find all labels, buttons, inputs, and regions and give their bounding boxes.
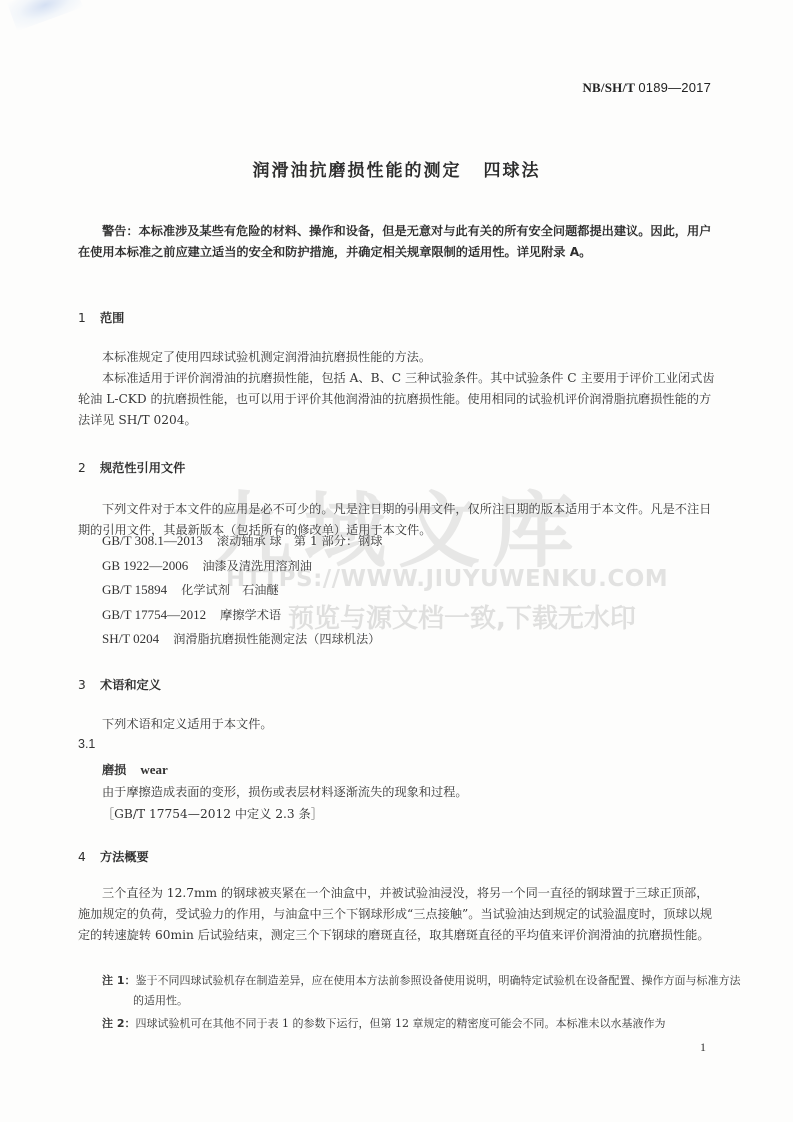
title-main: 润滑油抗磨损性能的测定 (253, 161, 462, 181)
document-title: 润滑油抗磨损性能的测定四球法 (0, 156, 793, 181)
section-4-body: 三个直径为 12.7mm 的钢球被夹紧在一个油盒中，并被试验油浸没，将另一个同一… (78, 883, 718, 946)
section-number: 2 (78, 461, 100, 475)
document-page: NB/SH/T 0189—2017 润滑油抗磨损性能的测定四球法 警告：本标准涉… (0, 0, 793, 1122)
section-3-body: 下列术语和定义适用于本文件。 (78, 714, 718, 735)
safety-warning: 警告：本标准涉及某些有危险的材料、操作和设备，但是无意对与此有关的所有安全问题都… (78, 221, 718, 263)
title-sub: 四球法 (484, 161, 541, 181)
term-source: ［GB/T 17754—2012 中定义 2.3 条］ (102, 803, 468, 825)
standard-code: NB/SH/T 0189—2017 (582, 80, 711, 96)
paragraph: 本标准规定了使用四球试验机测定润滑油抗磨损性能的方法。 (78, 347, 718, 368)
reference-code: GB/T 17754—2012 (102, 607, 206, 622)
note-label: 注 1： (102, 974, 135, 987)
note-2: 注 2：四球试验机可在其他不同于表 1 的参数下运行，但第 12 章规定的精密度… (102, 1014, 749, 1034)
reference-code: GB/T 308.1—2013 (102, 533, 203, 548)
section-title: 范围 (100, 311, 124, 325)
section-heading-4: 4方法概要 (78, 848, 149, 865)
note-1: 注 1：鉴于不同四球试验机存在制造差异，应在使用本方法前参照设备使用说明，明确特… (102, 971, 749, 1011)
reference-item: GB/T 15894化学试剂 石油醚 (102, 578, 383, 603)
note-text: 鉴于不同四球试验机存在制造差异，应在使用本方法前参照设备使用说明，明确特定试验机… (133, 974, 740, 1007)
reference-title: 化学试剂 石油醚 (181, 583, 279, 597)
section-title: 方法概要 (100, 850, 149, 864)
section-heading-3: 3术语和定义 (78, 676, 161, 693)
scan-smudge (7, 0, 83, 31)
note-label: 注 2： (102, 1017, 135, 1030)
reference-item: GB/T 308.1—2013滚动轴承 球 第 1 部分：钢球 (102, 529, 383, 554)
reference-code: GB/T 15894 (102, 582, 167, 597)
section-heading-1: 1范围 (78, 309, 124, 326)
term-en: wear (140, 762, 167, 777)
section-title: 规范性引用文件 (100, 461, 185, 475)
paragraph: 下列术语和定义适用于本文件。 (78, 714, 718, 735)
standard-code-number: 0189—2017 (638, 80, 711, 95)
section-1-body: 本标准规定了使用四球试验机测定润滑油抗磨损性能的方法。 本标准适用于评价润滑油的… (78, 347, 718, 431)
term-cn: 磨损 (102, 763, 126, 777)
term-definition: 由于摩擦造成表面的变形，损伤或表层材料逐渐流失的现象和过程。 (102, 781, 468, 803)
reference-item: GB/T 17754—2012摩擦学术语 (102, 603, 383, 628)
page-number: 1 (700, 1040, 706, 1055)
section-heading-2: 2规范性引用文件 (78, 459, 185, 476)
reference-item: GB 1922—2006油漆及清洗用溶剂油 (102, 554, 383, 579)
section-number: 3 (78, 678, 100, 692)
term-heading: 磨损wear (102, 759, 468, 781)
reference-title: 油漆及清洗用溶剂油 (202, 559, 312, 573)
paragraph: 本标准适用于评价润滑油的抗磨损性能，包括 A、B、C 三种试验条件。其中试验条件… (78, 368, 718, 431)
standard-code-prefix: NB/SH/T (582, 80, 634, 95)
reference-title: 滚动轴承 球 第 1 部分：钢球 (217, 534, 383, 548)
reference-code: SH/T 0204 (102, 631, 159, 646)
reference-title: 摩擦学术语 (220, 608, 281, 622)
note-text: 四球试验机可在其他不同于表 1 的参数下运行，但第 12 章规定的精密度可能会不… (135, 1017, 665, 1030)
section-title: 术语和定义 (100, 678, 161, 692)
reference-code: GB 1922—2006 (102, 558, 188, 573)
paragraph: 三个直径为 12.7mm 的钢球被夹紧在一个油盒中，并被试验油浸没，将另一个同一… (78, 883, 718, 946)
term-entry: 磨损wear 由于摩擦造成表面的变形，损伤或表层材料逐渐流失的现象和过程。 ［G… (102, 759, 468, 825)
reference-item: SH/T 0204润滑脂抗磨损性能测定法（四球机法） (102, 627, 383, 652)
reference-list: GB/T 308.1—2013滚动轴承 球 第 1 部分：钢球 GB 1922—… (102, 529, 383, 652)
section-number: 4 (78, 850, 100, 864)
section-number: 1 (78, 311, 100, 325)
term-number: 3.1 (78, 737, 95, 751)
reference-title: 润滑脂抗磨损性能测定法（四球机法） (173, 632, 380, 646)
